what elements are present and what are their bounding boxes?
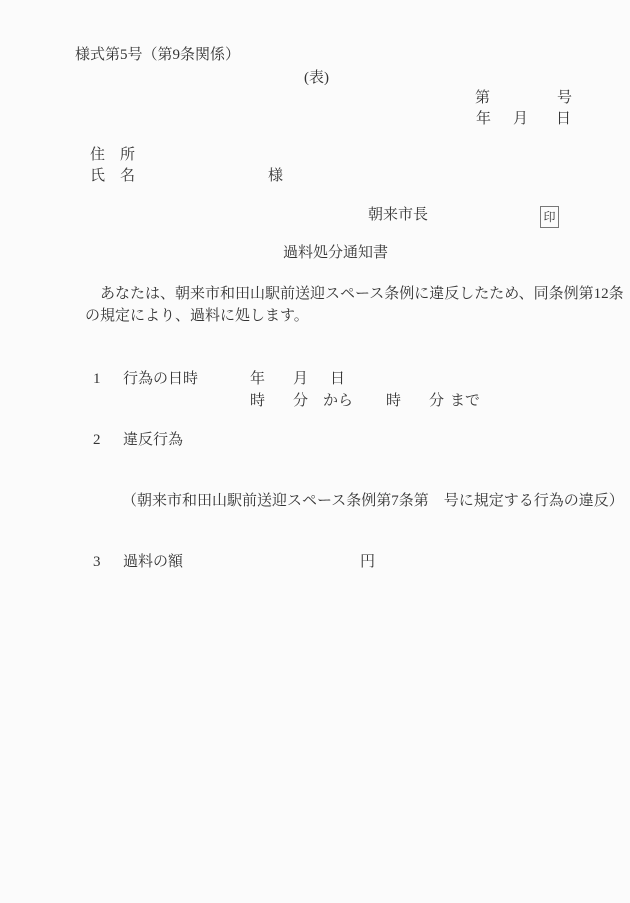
date-day-label: 日	[556, 108, 571, 130]
form-number: 様式第5号（第9条関係）	[75, 44, 240, 66]
item-3-label: 過料の額	[123, 551, 183, 573]
act-hour-to-label: 時	[386, 390, 401, 412]
act-minute-from-label: 分	[293, 390, 308, 412]
act-month-label: 月	[293, 368, 308, 390]
act-to-label: まで	[450, 390, 480, 412]
address-label: 住 所	[90, 144, 135, 166]
notice-document-page: 様式第5号（第9条関係） (表) 第 号 年 月 日 住 所 氏 名 様 朝来市…	[0, 0, 630, 903]
act-from-label: から	[323, 390, 353, 412]
act-day-label: 日	[330, 368, 345, 390]
document-title: 過料処分通知書	[283, 242, 388, 264]
item-1-label: 行為の日時	[123, 368, 198, 390]
violation-note: （朝来市和田山駅前送迎スペース条例第7条第 号に規定する行為の違反）	[122, 490, 624, 512]
date-year-label: 年	[476, 108, 491, 130]
body-paragraph-line-2: の規定により、過料に処します。	[85, 305, 309, 327]
doc-number-suffix: 号	[557, 87, 572, 109]
item-3-number: 3	[93, 551, 101, 573]
honorific-label: 様	[268, 165, 283, 187]
body-paragraph-line-1: あなたは、朝来市和田山駅前送迎スペース条例に違反したため、同条例第12条	[85, 283, 624, 305]
item-2-number: 2	[93, 429, 101, 451]
act-minute-to-label: 分	[429, 390, 444, 412]
item-1-number: 1	[93, 368, 101, 390]
act-hour-from-label: 時	[250, 390, 265, 412]
mayor-title: 朝来市長	[368, 204, 428, 226]
side-label: (表)	[304, 67, 329, 89]
act-year-label: 年	[250, 368, 265, 390]
date-month-label: 月	[513, 108, 528, 130]
item-2-label: 違反行為	[123, 429, 183, 451]
yen-unit-label: 円	[360, 551, 375, 573]
doc-number-prefix: 第	[475, 87, 490, 109]
name-label: 氏 名	[90, 165, 135, 187]
seal-stamp: 印	[540, 206, 559, 228]
